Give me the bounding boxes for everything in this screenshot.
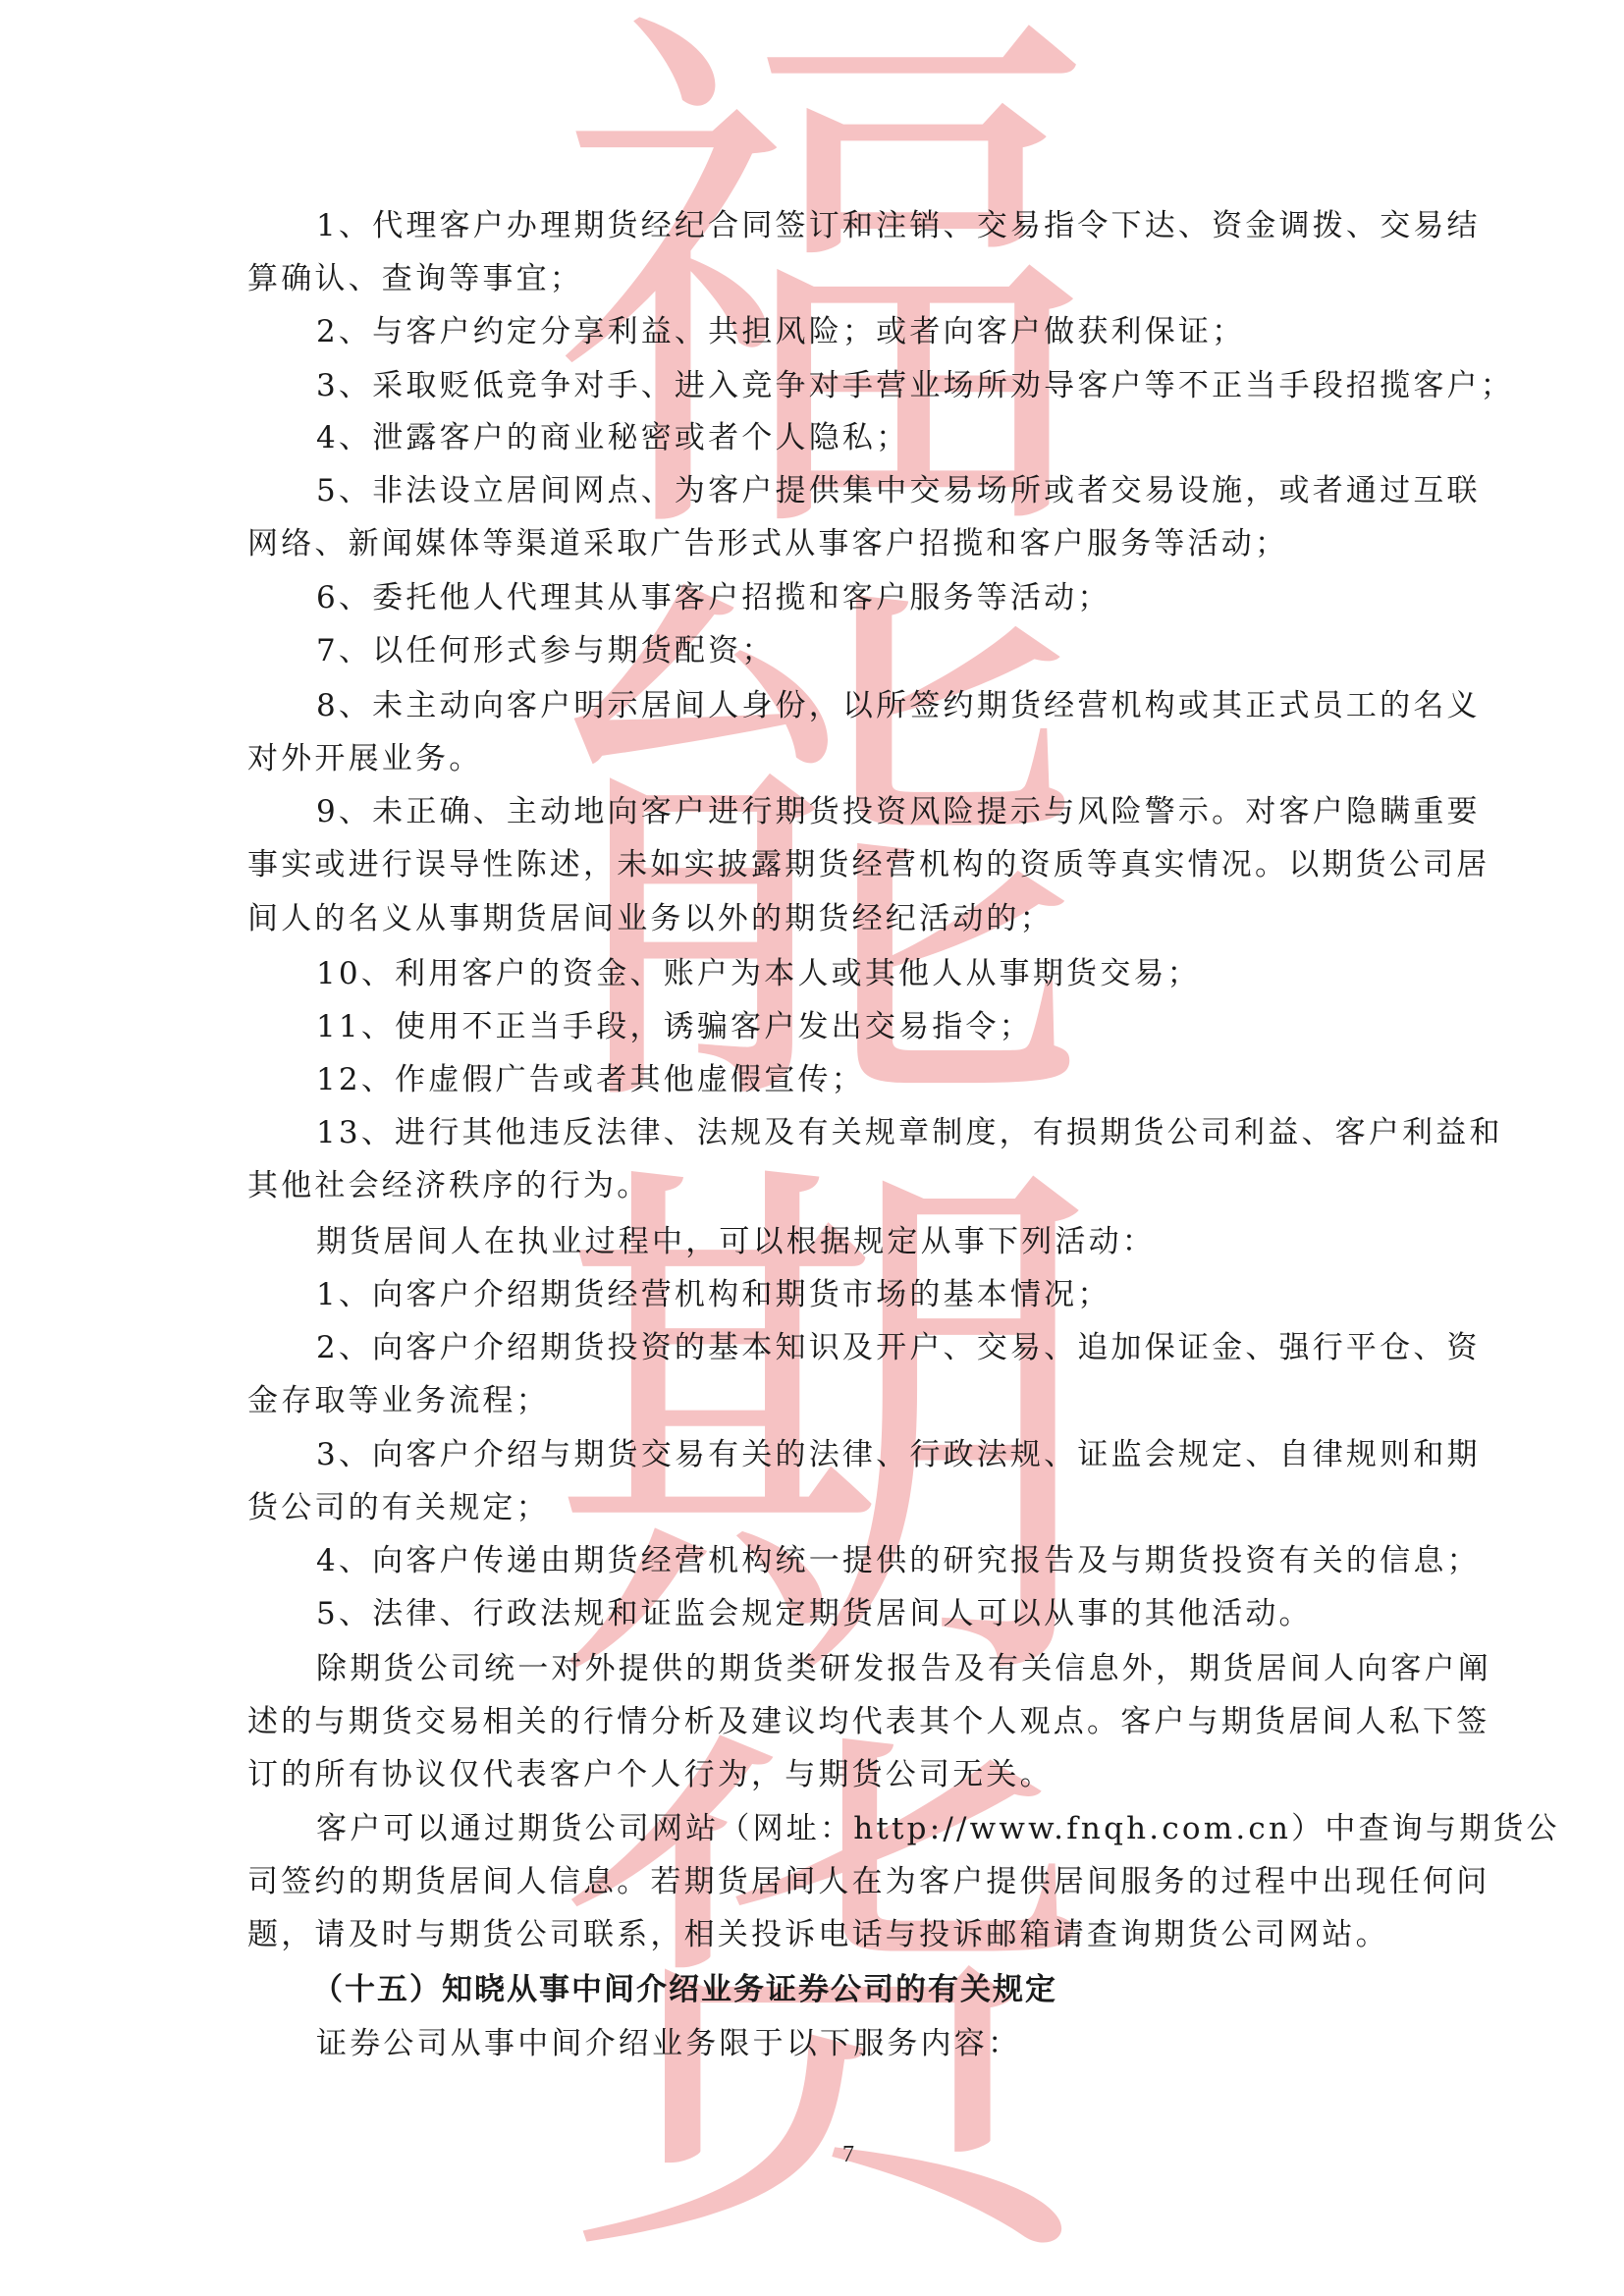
paragraph-line: 3、向客户介绍与期货交易有关的法律、行政法规、证监会规定、自律规则和期	[316, 1428, 1447, 1481]
paragraph-line: 12、作虚假广告或者其他虚假宣传；	[316, 1053, 1447, 1106]
paragraph-line: 述的与期货交易相关的行情分析及建议均代表其个人观点。客户与期货居间人私下签	[247, 1695, 1447, 1748]
paragraph-line: 订的所有协议仅代表客户个人行为，与期货公司无关。	[247, 1748, 1447, 1801]
document-page: 福 能 期 货 1、代理客户办理期货经纪合同签订和注销、交易指令下达、资金调拨、…	[0, 0, 1624, 2296]
page-number: 7	[842, 2135, 862, 2174]
paragraph-line: 13、进行其他违反法律、法规及有关规章制度，有损期货公司利益、客户利益和	[316, 1106, 1447, 1159]
paragraph-line: 1、向客户介绍期货经营机构和期货市场的基本情况；	[316, 1268, 1447, 1321]
paragraph-line: 网络、新闻媒体等渠道采取广告形式从事客户招揽和客户服务等活动；	[247, 517, 1447, 570]
paragraph-line: 货公司的有关规定；	[247, 1481, 1447, 1534]
paragraph-line: 9、未正确、主动地向客户进行期货投资风险提示与风险警示。对客户隐瞒重要	[316, 785, 1447, 838]
section-heading: （十五）知晓从事中间介绍业务证券公司的有关规定	[312, 1963, 1512, 2016]
paragraph-line: 8、未主动向客户明示居间人身份，以所签约期货经营机构或其正式员工的名义	[316, 679, 1447, 732]
paragraph-line: 6、委托他人代理其从事客户招揽和客户服务等活动；	[316, 571, 1447, 624]
paragraph-line: 事实或进行误导性陈述，未如实披露期货经营机构的资质等真实情况。以期货公司居	[247, 838, 1447, 891]
paragraph-line: 司签约的期货居间人信息。若期货居间人在为客户提供居间服务的过程中出现任何问	[247, 1855, 1447, 1908]
paragraph-line: 1、代理客户办理期货经纪合同签订和注销、交易指令下达、资金调拨、交易结	[316, 199, 1447, 252]
paragraph-line: 5、非法设立居间网点、为客户提供集中交易场所或者交易设施，或者通过互联	[316, 464, 1447, 517]
paragraph-line: 间人的名义从事期货居间业务以外的期货经纪活动的；	[247, 892, 1447, 945]
document-body: 1、代理客户办理期货经纪合同签订和注销、交易指令下达、资金调拨、交易结 算确认、…	[0, 0, 1624, 2296]
paragraph-line: 期货居间人在执业过程中，可以根据规定从事下列活动：	[316, 1215, 1447, 1268]
paragraph-line: 2、向客户介绍期货投资的基本知识及开户、交易、追加保证金、强行平仓、资	[316, 1321, 1447, 1374]
paragraph-line: 客户可以通过期货公司网站（网址：http://www.fnqh.com.cn）中…	[316, 1802, 1447, 1855]
paragraph-line: 4、向客户传递由期货经营机构统一提供的研究报告及与期货投资有关的信息；	[316, 1534, 1447, 1587]
paragraph-line: 11、使用不正当手段，诱骗客户发出交易指令；	[316, 1000, 1447, 1053]
paragraph-line: 4、泄露客户的商业秘密或者个人隐私；	[316, 411, 1447, 464]
paragraph-line: 对外开展业务。	[247, 732, 1447, 785]
paragraph-line: 证券公司从事中间介绍业务限于以下服务内容：	[316, 2017, 1447, 2070]
paragraph-line: 算确认、查询等事宜；	[247, 252, 1447, 305]
paragraph-line: 除期货公司统一对外提供的期货类研发报告及有关信息外，期货居间人向客户阐	[316, 1642, 1447, 1695]
paragraph-line: 3、采取贬低竞争对手、进入竞争对手营业场所劝导客户等不正当手段招揽客户；	[316, 359, 1447, 412]
paragraph-line: 7、以任何形式参与期货配资；	[316, 624, 1447, 677]
paragraph-line: 金存取等业务流程；	[247, 1374, 1447, 1427]
paragraph-line: 5、法律、行政法规和证监会规定期货居间人可以从事的其他活动。	[316, 1587, 1447, 1640]
paragraph-line: 题，请及时与期货公司联系，相关投诉电话与投诉邮箱请查询期货公司网站。	[247, 1908, 1447, 1961]
paragraph-line: 2、与客户约定分享利益、共担风险；或者向客户做获利保证；	[316, 305, 1447, 358]
paragraph-line: 10、利用客户的资金、账户为本人或其他人从事期货交易；	[316, 947, 1447, 1000]
paragraph-line: 其他社会经济秩序的行为。	[247, 1159, 1447, 1212]
